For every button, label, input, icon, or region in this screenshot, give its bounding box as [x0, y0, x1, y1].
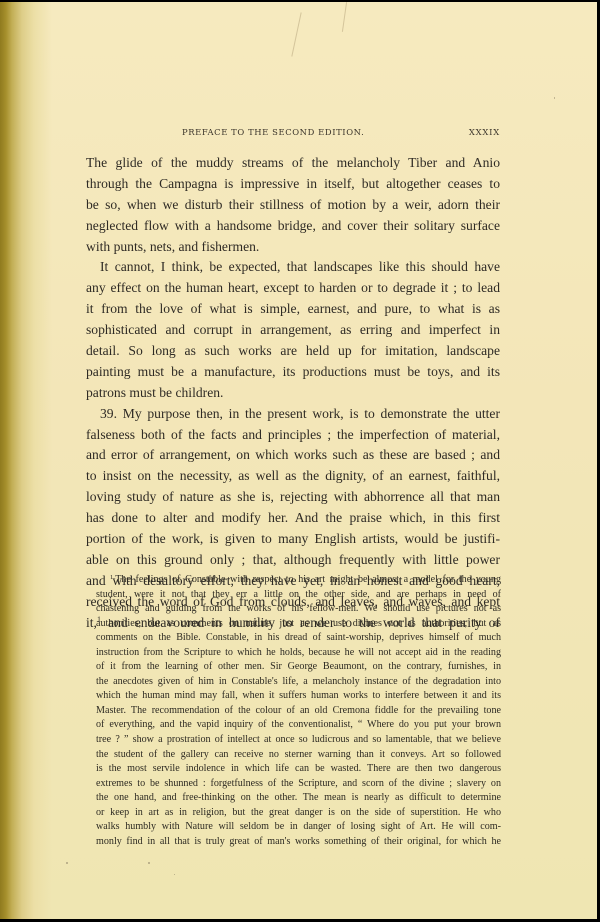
footnote-line: student, were it not that they err a lit… [96, 588, 501, 603]
text-line: with punts, nets, and fishermen. [86, 237, 500, 258]
paper-speck [174, 874, 175, 875]
text-line: sophisticated and corrupt in arrangement… [86, 320, 500, 341]
text-line: The glide of the muddy streams of the me… [86, 153, 500, 174]
paragraph-start-line: It cannot, I think, be expected, that la… [86, 257, 500, 278]
footnote-line: extremes to be shunned : forgetfulness o… [96, 777, 501, 792]
paper-crease-mark [342, 2, 347, 32]
footnote-line: monly find in all that is truly great of… [96, 835, 501, 850]
footnote-line: tree ? ” show a prostration of intellect… [96, 733, 501, 748]
section-39-start-line: 39. My purpose then, in the present work… [86, 404, 500, 425]
footnote-line: walks humbly with Nature will seldom be … [96, 820, 501, 835]
text-line: any effect on the human heart, except to… [86, 278, 500, 299]
footnote-line: which the human mind may fall, when it s… [96, 689, 501, 704]
footnote-line: the one hand, and free-thinking on the o… [96, 791, 501, 806]
footnote-line: instruction from the Scripture to which … [96, 646, 501, 661]
footnote-line: 1The feelings of Constable with respect … [96, 573, 501, 588]
text-line: painting must be a manufacture, its prod… [86, 362, 500, 383]
footnote-line: Master. The recommendation of the colour… [96, 704, 501, 719]
paper-speck [66, 862, 68, 864]
footnote-line: comments on the Bible. Constable, in his… [96, 631, 501, 646]
text-line: able on this ground only ; that, althoug… [86, 550, 500, 571]
footnote-mark: 1 [110, 574, 113, 581]
paper-crease-mark [291, 12, 301, 56]
footnote-line: the anecdotes given of him in Constable'… [96, 675, 501, 690]
text-line: detail. So long as such works are held u… [86, 341, 500, 362]
footnote-line: of it from the learning of other men. Si… [96, 660, 501, 675]
running-title: PREFACE TO THE SECOND EDITION. [182, 127, 364, 137]
text-line: has done to alter and modify her. And th… [86, 508, 500, 529]
paper-speck [554, 97, 555, 99]
text-line: and error of arrangement, on which works… [86, 445, 500, 466]
page-number: XXXIX [469, 127, 500, 137]
text-line: it from the love of what is simple, earn… [86, 299, 500, 320]
text-line: neglected flow with a handsome bridge, a… [86, 216, 500, 237]
text-line: to insist on the necessity, as well as t… [86, 466, 500, 487]
footnote-line: the student of the gallery can receive n… [96, 748, 501, 763]
text-line: portion of the work, is given to many En… [86, 529, 500, 550]
footnote-line: authorities, but as comments on nature, … [96, 617, 501, 632]
text-line: loving study of nature as she is, reject… [86, 487, 500, 508]
text-line: falseness both of the facts and principl… [86, 425, 500, 446]
paper-speck [148, 862, 150, 864]
text-line: through the Campagna is impressive in it… [86, 174, 500, 195]
text-line: be so, when we disturb their stillness o… [86, 195, 500, 216]
text-line: patrons must be children. [86, 383, 500, 404]
footnote-line: or keep in art as in religion, but the g… [96, 806, 501, 821]
footnote-line: of everything, and the vapid inquiry of … [96, 718, 501, 733]
footnote-block: 1The feelings of Constable with respect … [96, 573, 501, 849]
footnote-line: chastening and guiding from the works of… [96, 602, 501, 617]
main-text: The glide of the muddy streams of the me… [86, 153, 500, 633]
footnote-line: is the most servile indolence in which l… [96, 762, 501, 777]
scanned-book-page: PREFACE TO THE SECOND EDITION. XXXIX The… [0, 2, 597, 919]
page-header: PREFACE TO THE SECOND EDITION. XXXIX [86, 127, 500, 141]
